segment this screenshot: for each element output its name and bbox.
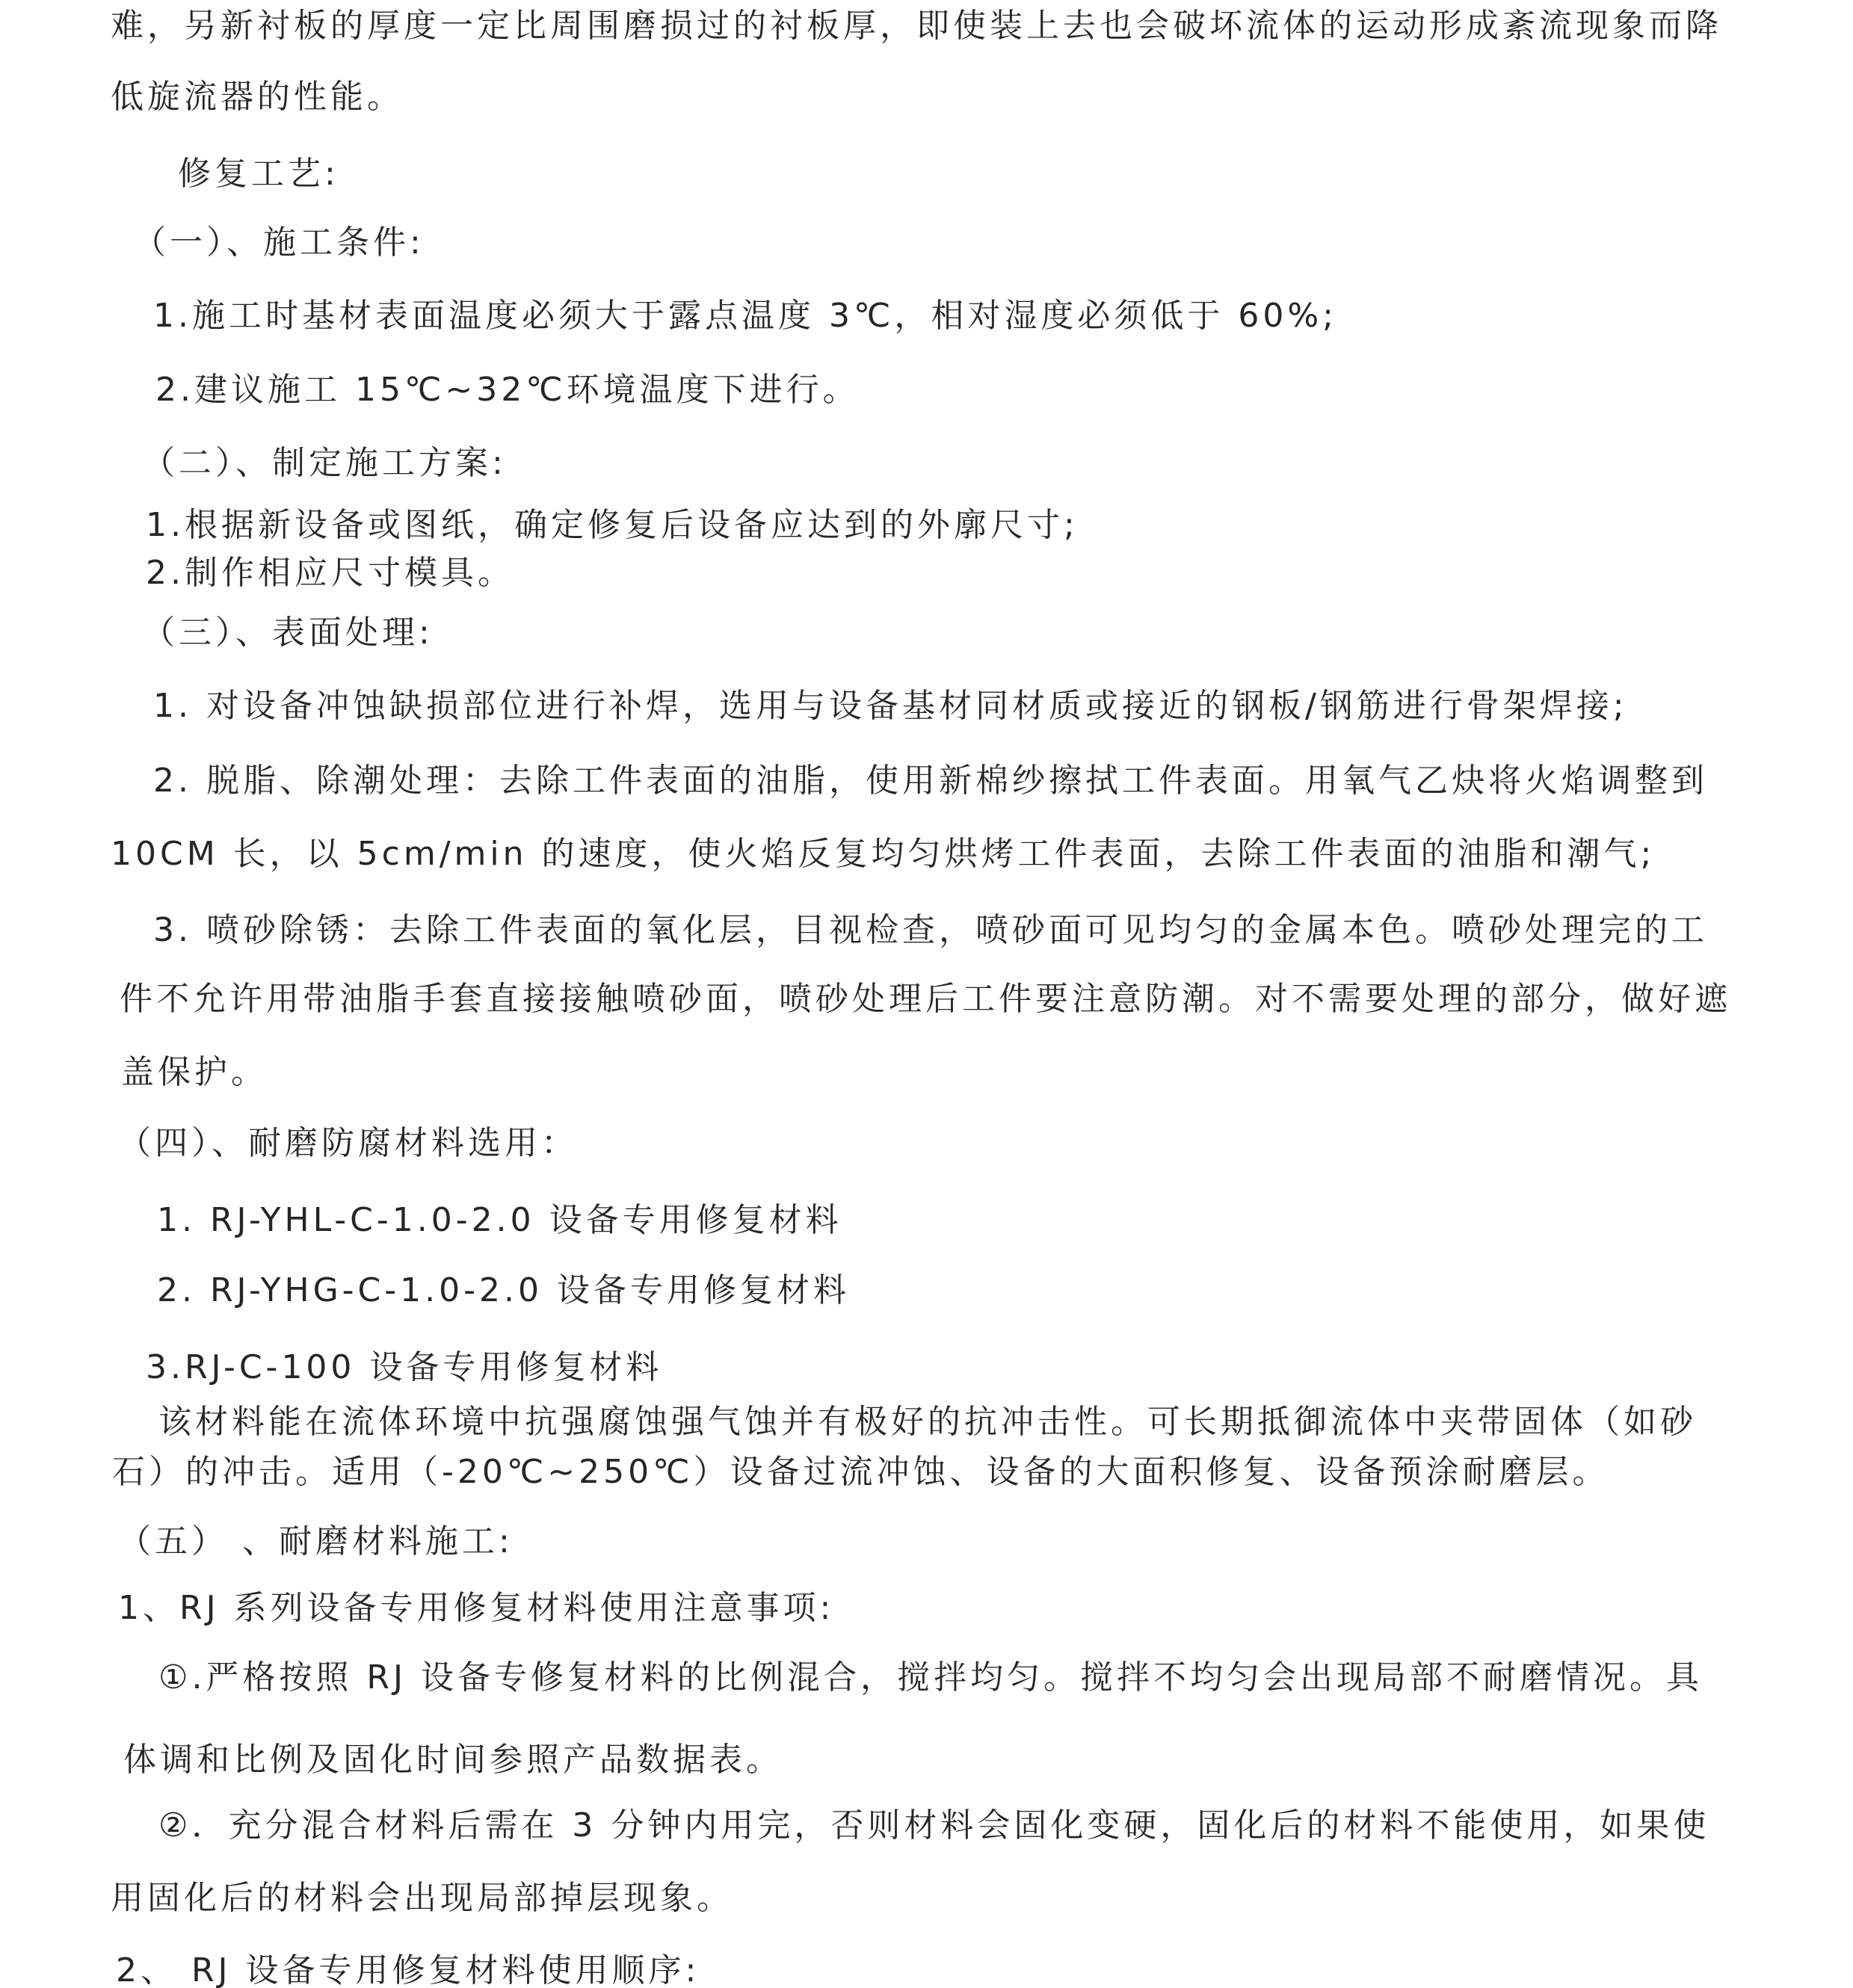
item-use-within-3-minutes-line-2: 用固化后的材料会出现局部掉层现象。 bbox=[111, 1880, 733, 1918]
para-material-description-line-2: 石）的冲击。适用（-20℃~250℃）设备过流冲蚀、设备的大面积修复、设备预涂耐… bbox=[112, 1454, 1609, 1492]
para-material-description-line-1: 该材料能在流体环境中抗强腐蚀强气蚀并有极好的抗冲击性。可长期抵御流体中夹带固体（… bbox=[158, 1404, 1697, 1442]
item-use-within-3-minutes-line-1: ②．充分混合材料后需在 3 分钟内用完，否则材料会固化变硬，固化后的材料不能使用… bbox=[158, 1807, 1709, 1845]
item-ambient-temperature: 2.建议施工 15℃~32℃环境温度下进行。 bbox=[155, 371, 860, 410]
item-mixing-ratio-line-2: 体调和比例及固化时间参照产品数据表。 bbox=[123, 1741, 783, 1779]
heading-usage-order: 2、 RJ 设备专用修复材料使用顺序: bbox=[116, 1952, 700, 1988]
para-liner-wear-line-2: 低旋流器的性能。 bbox=[111, 78, 404, 117]
item-welding: 1. 对设备冲蚀缺损部位进行补焊，选用与设备基材同材质或接近的钢板/钢筋进行骨架… bbox=[153, 688, 1628, 726]
heading-repair-process: 修复工艺: bbox=[178, 155, 339, 194]
heading-usage-precautions: 1、RJ 系列设备专用修复材料使用注意事项: bbox=[118, 1590, 834, 1628]
heading-section-1-construction-conditions: （一）、施工条件: bbox=[133, 224, 425, 262]
item-sandblast-line-2: 件不允许用带油脂手套直接接触喷砂面，喷砂处理后工件要注意防潮。对不需要处理的部分… bbox=[120, 981, 1731, 1019]
item-surface-temperature: 1.施工时基材表面温度必须大于露点温度 3℃，相对湿度必须低于 60%; bbox=[153, 297, 1337, 336]
item-make-mold: 2.制作相应尺寸模具。 bbox=[146, 555, 514, 593]
item-mixing-ratio-line-1: ①.严格按照 RJ 设备专修复材料的比例混合，搅拌均匀。搅拌不均匀会出现局部不耐… bbox=[158, 1659, 1703, 1697]
item-sandblast-line-1: 3. 喷砂除锈：去除工件表面的氧化层，目视检查，喷砂面可见均匀的金属本色。喷砂处… bbox=[153, 912, 1708, 950]
item-material-rj-yhg: 2. RJ-YHG-C-1.0-2.0 设备专用修复材料 bbox=[157, 1272, 850, 1310]
heading-section-2-construction-plan: （二）、制定施工方案: bbox=[142, 445, 507, 483]
heading-section-4-material-selection: （四）、耐磨防腐材料选用： bbox=[118, 1125, 578, 1163]
document-page: 难，另新衬板的厚度一定比周围磨损过的衬板厚，即使装上去也会破坏流体的运动形成紊流… bbox=[0, 0, 1853, 1988]
item-material-rj-c-100: 3.RJ-C-100 设备专用修复材料 bbox=[146, 1349, 662, 1387]
item-degrease-line-1: 2. 脱脂、除潮处理：去除工件表面的油脂，使用新棉纱擦拭工件表面。用氧气乙炔将火… bbox=[153, 762, 1708, 800]
item-degrease-line-2: 10CM 长，以 5cm/min 的速度，使火焰反复均匀烘烤工件表面，去除工件表… bbox=[111, 836, 1655, 874]
item-material-rj-yhl: 1. RJ-YHL-C-1.0-2.0 设备专用修复材料 bbox=[157, 1202, 842, 1240]
para-liner-wear-line-1: 难，另新衬板的厚度一定比周围磨损过的衬板厚，即使装上去也会破坏流体的运动形成紊流… bbox=[111, 7, 1722, 46]
heading-section-5-material-application: （五） 、耐磨材料施工: bbox=[118, 1523, 514, 1561]
heading-section-3-surface-treatment: （三）、表面处理: bbox=[142, 614, 434, 652]
item-outline-dimensions: 1.根据新设备或图纸，确定修复后设备应达到的外廓尺寸; bbox=[146, 507, 1079, 545]
item-sandblast-line-3: 盖保护。 bbox=[121, 1054, 268, 1092]
